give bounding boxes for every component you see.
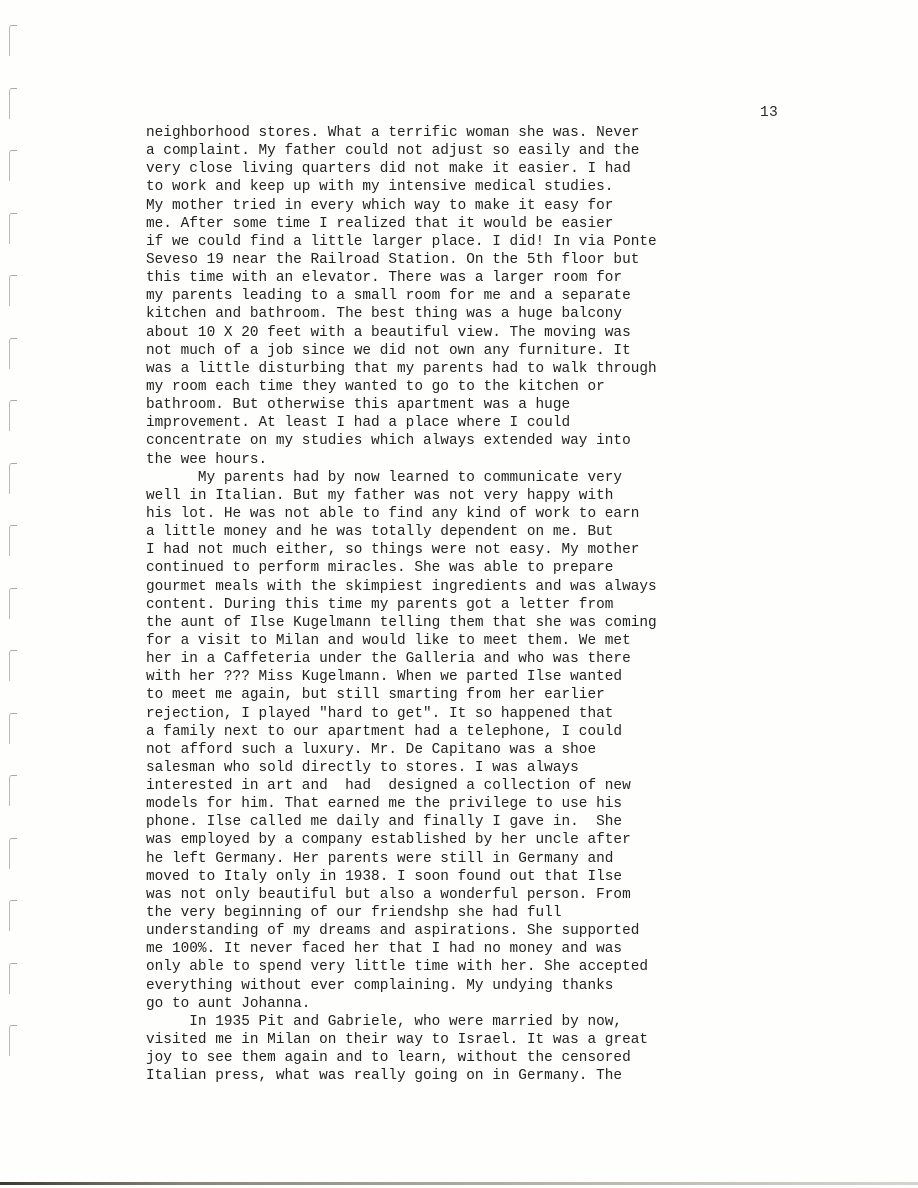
text-line: My mother tried in every which way to ma… <box>146 197 657 215</box>
text-line: the aunt of Ilse Kugelmann telling them … <box>146 614 657 632</box>
text-line: joy to see them again and to learn, with… <box>146 1049 657 1067</box>
text-line: very close living quarters did not make … <box>146 160 657 178</box>
text-line: a complaint. My father could not adjust … <box>146 142 657 160</box>
text-line: not afford such a luxury. Mr. De Capitan… <box>146 741 657 759</box>
text-line: phone. Ilse called me daily and finally … <box>146 813 657 831</box>
text-line: he left Germany. Her parents were still … <box>146 850 657 868</box>
text-line: only able to spend very little time with… <box>146 958 657 976</box>
text-line: this time with an elevator. There was a … <box>146 269 657 287</box>
binder-hole-mark-icon <box>9 150 17 181</box>
text-line: to meet me again, but still smarting fro… <box>146 686 657 704</box>
text-line: me. After some time I realized that it w… <box>146 215 657 233</box>
text-line: In 1935 Pit and Gabriele, who were marri… <box>146 1013 657 1031</box>
binder-hole-mark-icon <box>9 525 17 556</box>
text-line: understanding of my dreams and aspiratio… <box>146 922 657 940</box>
text-line: a little money and he was totally depend… <box>146 523 657 541</box>
binder-hole-mark-icon <box>9 463 17 494</box>
body-text: neighborhood stores. What a terrific wom… <box>146 124 657 1085</box>
text-line: bathroom. But otherwise this apartment w… <box>146 396 657 414</box>
binder-hole-mark-icon <box>9 88 17 119</box>
text-line: with her ??? Miss Kugelmann. When we par… <box>146 668 657 686</box>
text-line: his lot. He was not able to find any kin… <box>146 505 657 523</box>
text-line: if we could find a little larger place. … <box>146 233 657 251</box>
text-line: kitchen and bathroom. The best thing was… <box>146 305 657 323</box>
text-line: about 10 X 20 feet with a beautiful view… <box>146 324 657 342</box>
text-line: Italian press, what was really going on … <box>146 1067 657 1085</box>
text-line: was employed by a company established by… <box>146 831 657 849</box>
text-line: her in a Caffeteria under the Galleria a… <box>146 650 657 668</box>
text-line: to work and keep up with my intensive me… <box>146 178 657 196</box>
text-line: visited me in Milan on their way to Isra… <box>146 1031 657 1049</box>
text-line: content. During this time my parents got… <box>146 596 657 614</box>
binder-hole-mark-icon <box>9 963 17 994</box>
text-line: my room each time they wanted to go to t… <box>146 378 657 396</box>
binder-hole-mark-icon <box>9 588 17 619</box>
binder-hole-mark-icon <box>9 650 17 681</box>
text-line: My parents had by now learned to communi… <box>146 469 657 487</box>
page-number: 13 <box>760 105 778 121</box>
text-line: improvement. At least I had a place wher… <box>146 414 657 432</box>
text-line: moved to Italy only in 1938. I soon foun… <box>146 868 657 886</box>
text-line: concentrate on my studies which always e… <box>146 432 657 450</box>
text-line: my parents leading to a small room for m… <box>146 287 657 305</box>
binder-hole-mark-icon <box>9 838 17 869</box>
text-line: rejection, I played "hard to get". It so… <box>146 705 657 723</box>
text-line: well in Italian. But my father was not v… <box>146 487 657 505</box>
text-line: the wee hours. <box>146 451 657 469</box>
text-line: Seveso 19 near the Railroad Station. On … <box>146 251 657 269</box>
text-line: continued to perform miracles. She was a… <box>146 559 657 577</box>
text-line: the very beginning of our friendshp she … <box>146 904 657 922</box>
binder-hole-mark-icon <box>9 400 17 431</box>
binder-hole-mark-icon <box>9 275 17 306</box>
text-line: I had not much either, so things were no… <box>146 541 657 559</box>
text-line: was not only beautiful but also a wonder… <box>146 886 657 904</box>
binder-hole-mark-icon <box>9 900 17 931</box>
text-line: everything without ever complaining. My … <box>146 977 657 995</box>
binder-hole-mark-icon <box>9 1025 17 1056</box>
binder-hole-mark-icon <box>9 25 17 56</box>
text-line: not much of a job since we did not own a… <box>146 342 657 360</box>
text-line: a family next to our apartment had a tel… <box>146 723 657 741</box>
binder-hole-mark-icon <box>9 213 17 244</box>
text-line: salesman who sold directly to stores. I … <box>146 759 657 777</box>
text-line: models for him. That earned me the privi… <box>146 795 657 813</box>
text-line: for a visit to Milan and would like to m… <box>146 632 657 650</box>
binder-marks <box>0 0 30 1188</box>
page-bottom-edge <box>0 1182 918 1185</box>
text-line: neighborhood stores. What a terrific wom… <box>146 124 657 142</box>
document-page: 13 neighborhood stores. What a terrific … <box>0 0 918 1188</box>
text-line: go to aunt Johanna. <box>146 995 657 1013</box>
binder-hole-mark-icon <box>9 713 17 744</box>
text-line: me 100%. It never faced her that I had n… <box>146 940 657 958</box>
text-line: was a little disturbing that my parents … <box>146 360 657 378</box>
binder-hole-mark-icon <box>9 775 17 806</box>
binder-hole-mark-icon <box>9 338 17 369</box>
text-line: interested in art and had designed a col… <box>146 777 657 795</box>
text-line: gourmet meals with the skimpiest ingredi… <box>146 578 657 596</box>
